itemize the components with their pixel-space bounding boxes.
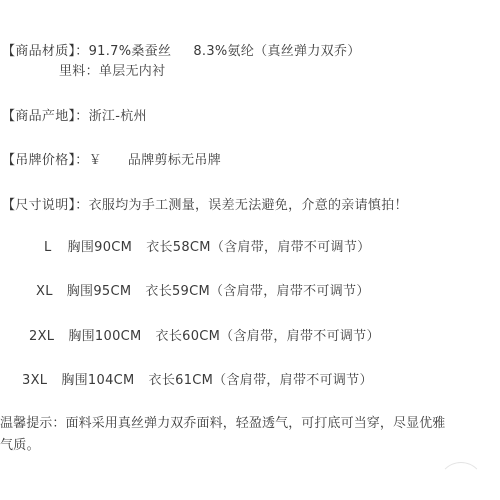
lining-row: 里料：单层无内衬 (59, 63, 165, 81)
price-value: 品牌剪标无吊牌 (128, 153, 221, 168)
price-row: 【吊牌价格】：￥品牌剪标无吊牌 (2, 152, 221, 170)
price-label: 【吊牌价格】： (2, 153, 89, 168)
size-row-2xl: 2XL胸围100CM衣长60CM（含肩带，肩带不可调节） (29, 328, 380, 346)
price-currency: ￥ (89, 153, 102, 168)
size-row-xl: XL胸围95CM衣长59CM（含肩带，肩带不可调节） (36, 283, 370, 301)
size-length: 衣长59CM（含肩带，肩带不可调节） (145, 283, 369, 301)
size-length: 衣长61CM（含肩带，肩带不可调节） (149, 372, 373, 390)
size-chest: 胸围90CM (68, 239, 133, 257)
size-label: 2XL (29, 328, 54, 346)
origin-label: 【商品产地】： (2, 109, 89, 124)
size-note-value: 衣服均为手工测量，误差无法避免，介意的亲请慎拍！ (89, 198, 408, 213)
origin-row: 【商品产地】：浙江-杭州 (2, 108, 147, 126)
size-length: 衣长58CM（含肩带，肩带不可调节） (146, 239, 370, 257)
material-label: 【商品材质】： (2, 44, 89, 59)
material-fiber2: 8.3%氨纶（真丝弹力双乔） (193, 44, 360, 59)
size-label: 3XL (22, 372, 47, 390)
tip-line-1: 温馨提示：面料采用真丝弹力双乔面料，轻盈透气，可打底可当穿，尽显优雅 (0, 415, 445, 433)
loading-arc-icon (438, 462, 484, 500)
material-fiber1: 91.7%桑蚕丝 (89, 44, 172, 59)
lining-value: 单层无内衬 (99, 64, 166, 79)
material-row: 【商品材质】：91.7%桑蚕丝8.3%氨纶（真丝弹力双乔） (2, 43, 361, 61)
size-note-label: 【尺寸说明】： (2, 198, 89, 213)
size-chest: 胸围100CM (68, 328, 141, 346)
size-label: L (44, 239, 52, 257)
origin-value: 浙江-杭州 (89, 109, 147, 124)
size-chest: 胸围104CM (61, 372, 134, 390)
lining-label: 里料： (59, 64, 99, 79)
size-length: 衣长60CM（含肩带，肩带不可调节） (156, 328, 380, 346)
size-label: XL (36, 283, 53, 301)
tip-line-2: 气质。 (0, 437, 40, 455)
size-chest: 胸围95CM (67, 283, 132, 301)
size-row-l: L胸围90CM衣长58CM（含肩带，肩带不可调节） (44, 239, 370, 257)
size-note-row: 【尺寸说明】：衣服均为手工测量，误差无法避免，介意的亲请慎拍！ (2, 197, 408, 215)
size-row-3xl: 3XL胸围104CM衣长61CM（含肩带，肩带不可调节） (22, 372, 373, 390)
